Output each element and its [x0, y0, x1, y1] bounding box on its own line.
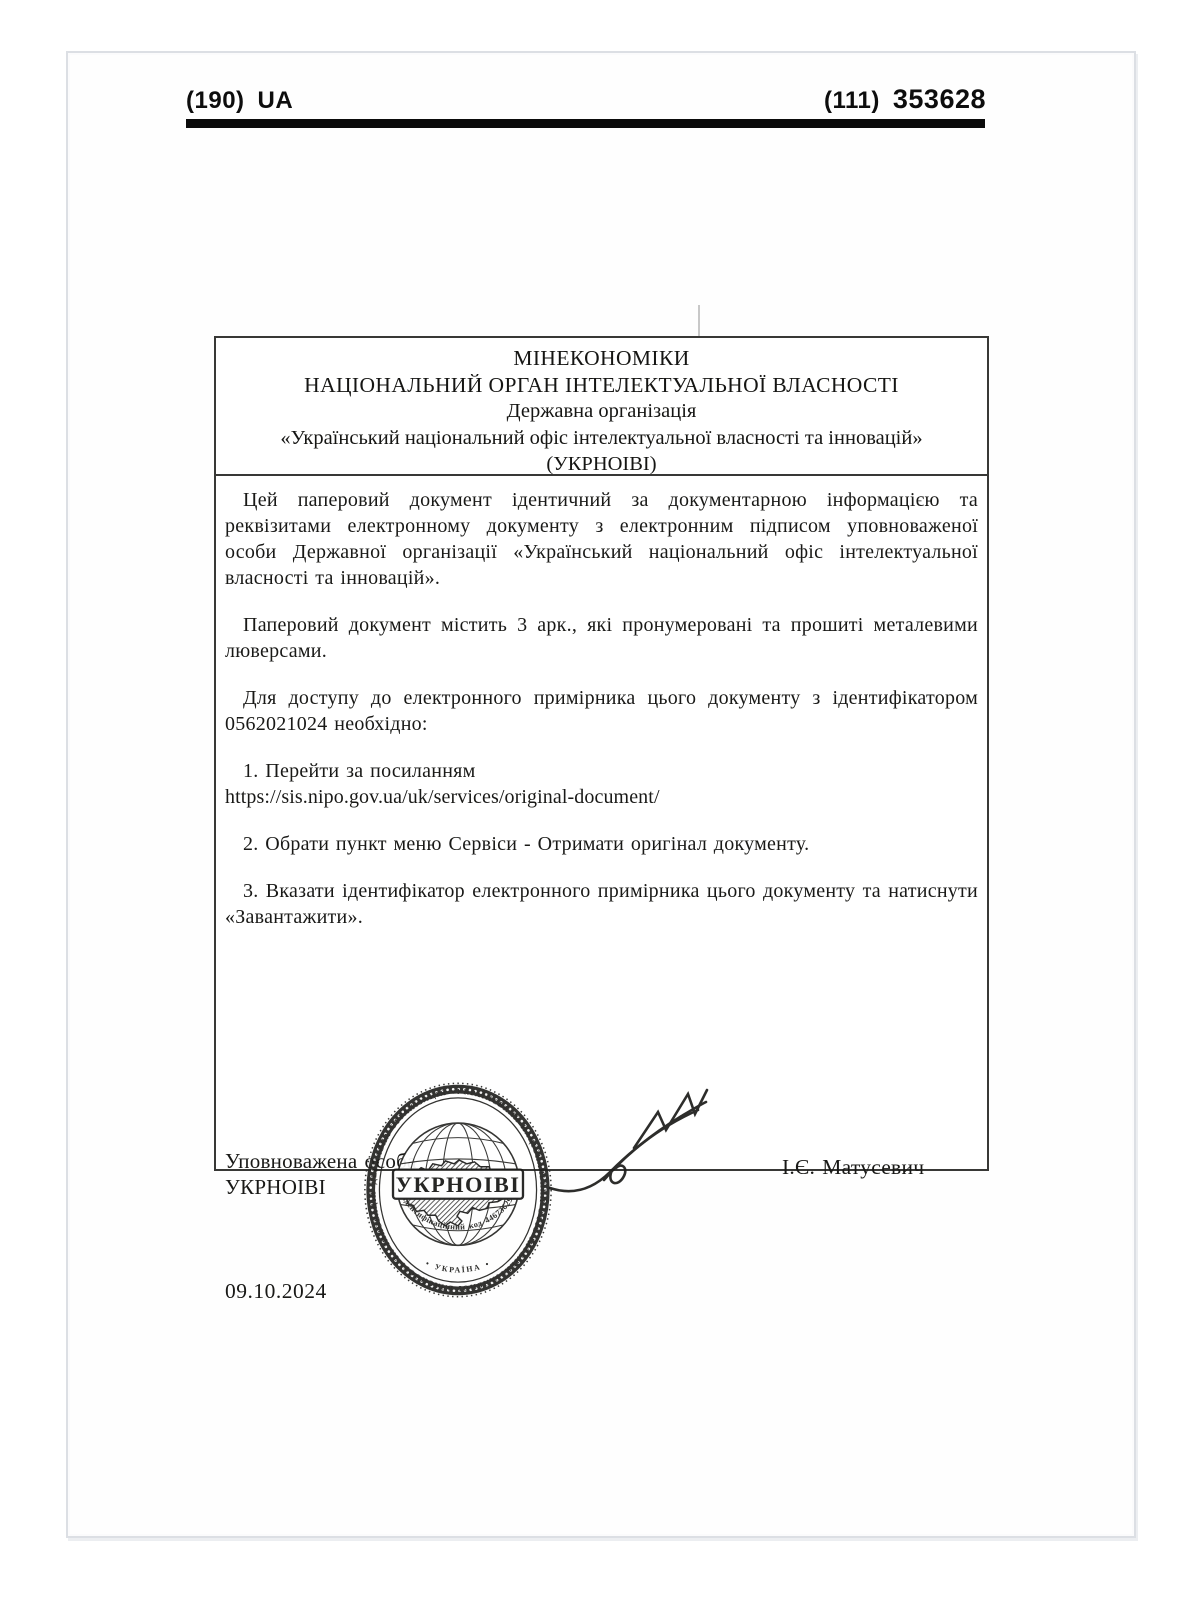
sheets-paragraph: Паперовий документ містить 3 арк., які п… [225, 612, 978, 664]
seal-center-text: УКРНОІВІ [396, 1172, 521, 1197]
registration-number-block: (111) 353628 [824, 86, 986, 113]
document-url: https://sis.nipo.gov.ua/uk/services/orig… [225, 786, 660, 808]
inid-190-code: (190) [186, 89, 245, 113]
access-paragraph: Для доступу до електронного примірника ц… [225, 685, 978, 737]
signatory-name: І.Є. Матусевич [782, 1154, 1012, 1180]
header-rule [186, 119, 985, 128]
step-1: 1. Перейти за посиланнямhttps://sis.nipo… [225, 758, 978, 810]
org-type: Державна організація [216, 398, 987, 425]
document-frame: МІНЕКОНОМІКИ НАЦІОНАЛЬНИЙ ОРГАН ІНТЕЛЕКТ… [214, 336, 989, 1171]
step-3: 3. Вказати ідентифікатор електронного пр… [225, 878, 978, 930]
svg-text:• УКРАЇНА •: • УКРАЇНА • [424, 1259, 491, 1275]
handwritten-signature [546, 1084, 711, 1209]
org-abbreviation: (УКРНОІВІ) [216, 451, 987, 478]
seal-country-text: • УКРАЇНА • [424, 1259, 491, 1275]
org-full-name: «Український національний офіс інтелекту… [216, 425, 987, 452]
ministry-name: МІНЕКОНОМІКИ [216, 345, 987, 372]
scan-artifact-line [698, 305, 700, 336]
step-2: 2. Обрати пункт меню Сервіси - Отримати … [225, 831, 978, 857]
issuer-block: МІНЕКОНОМІКИ НАЦІОНАЛЬНИЙ ОРГАН ІНТЕЛЕКТ… [216, 338, 987, 476]
seal-stamp-graphic: ДЕРЖАВНА ОРГАНІЗАЦІЯ «УКРАЇНСЬКИЙ НАЦІОН… [361, 1080, 555, 1300]
national-ip-authority: НАЦІОНАЛЬНИЙ ОРГАН ІНТЕЛЕКТУАЛЬНОЇ ВЛАСН… [216, 372, 987, 399]
country-code-block: (190) UA [186, 89, 293, 113]
ukrnoivi-seal-stamp: ДЕРЖАВНА ОРГАНІЗАЦІЯ «УКРАЇНСЬКИЙ НАЦІОН… [361, 1080, 555, 1300]
identity-paragraph: Цей паперовий документ ідентичний за док… [225, 487, 978, 591]
document-page: (190) UA (111) 353628 МІНЕКОНОМІКИ НАЦІО… [66, 51, 1136, 1538]
registration-number: 353628 [893, 86, 986, 113]
document-number-header: (190) UA (111) 353628 [186, 86, 986, 113]
inid-111-code: (111) [824, 89, 880, 113]
document-body: Цей паперовий документ ідентичний за док… [216, 476, 987, 1169]
country-code: UA [258, 89, 294, 113]
document-date: 09.10.2024 [225, 1278, 327, 1304]
step-1-label: 1. Перейти за посиланням [243, 760, 476, 782]
